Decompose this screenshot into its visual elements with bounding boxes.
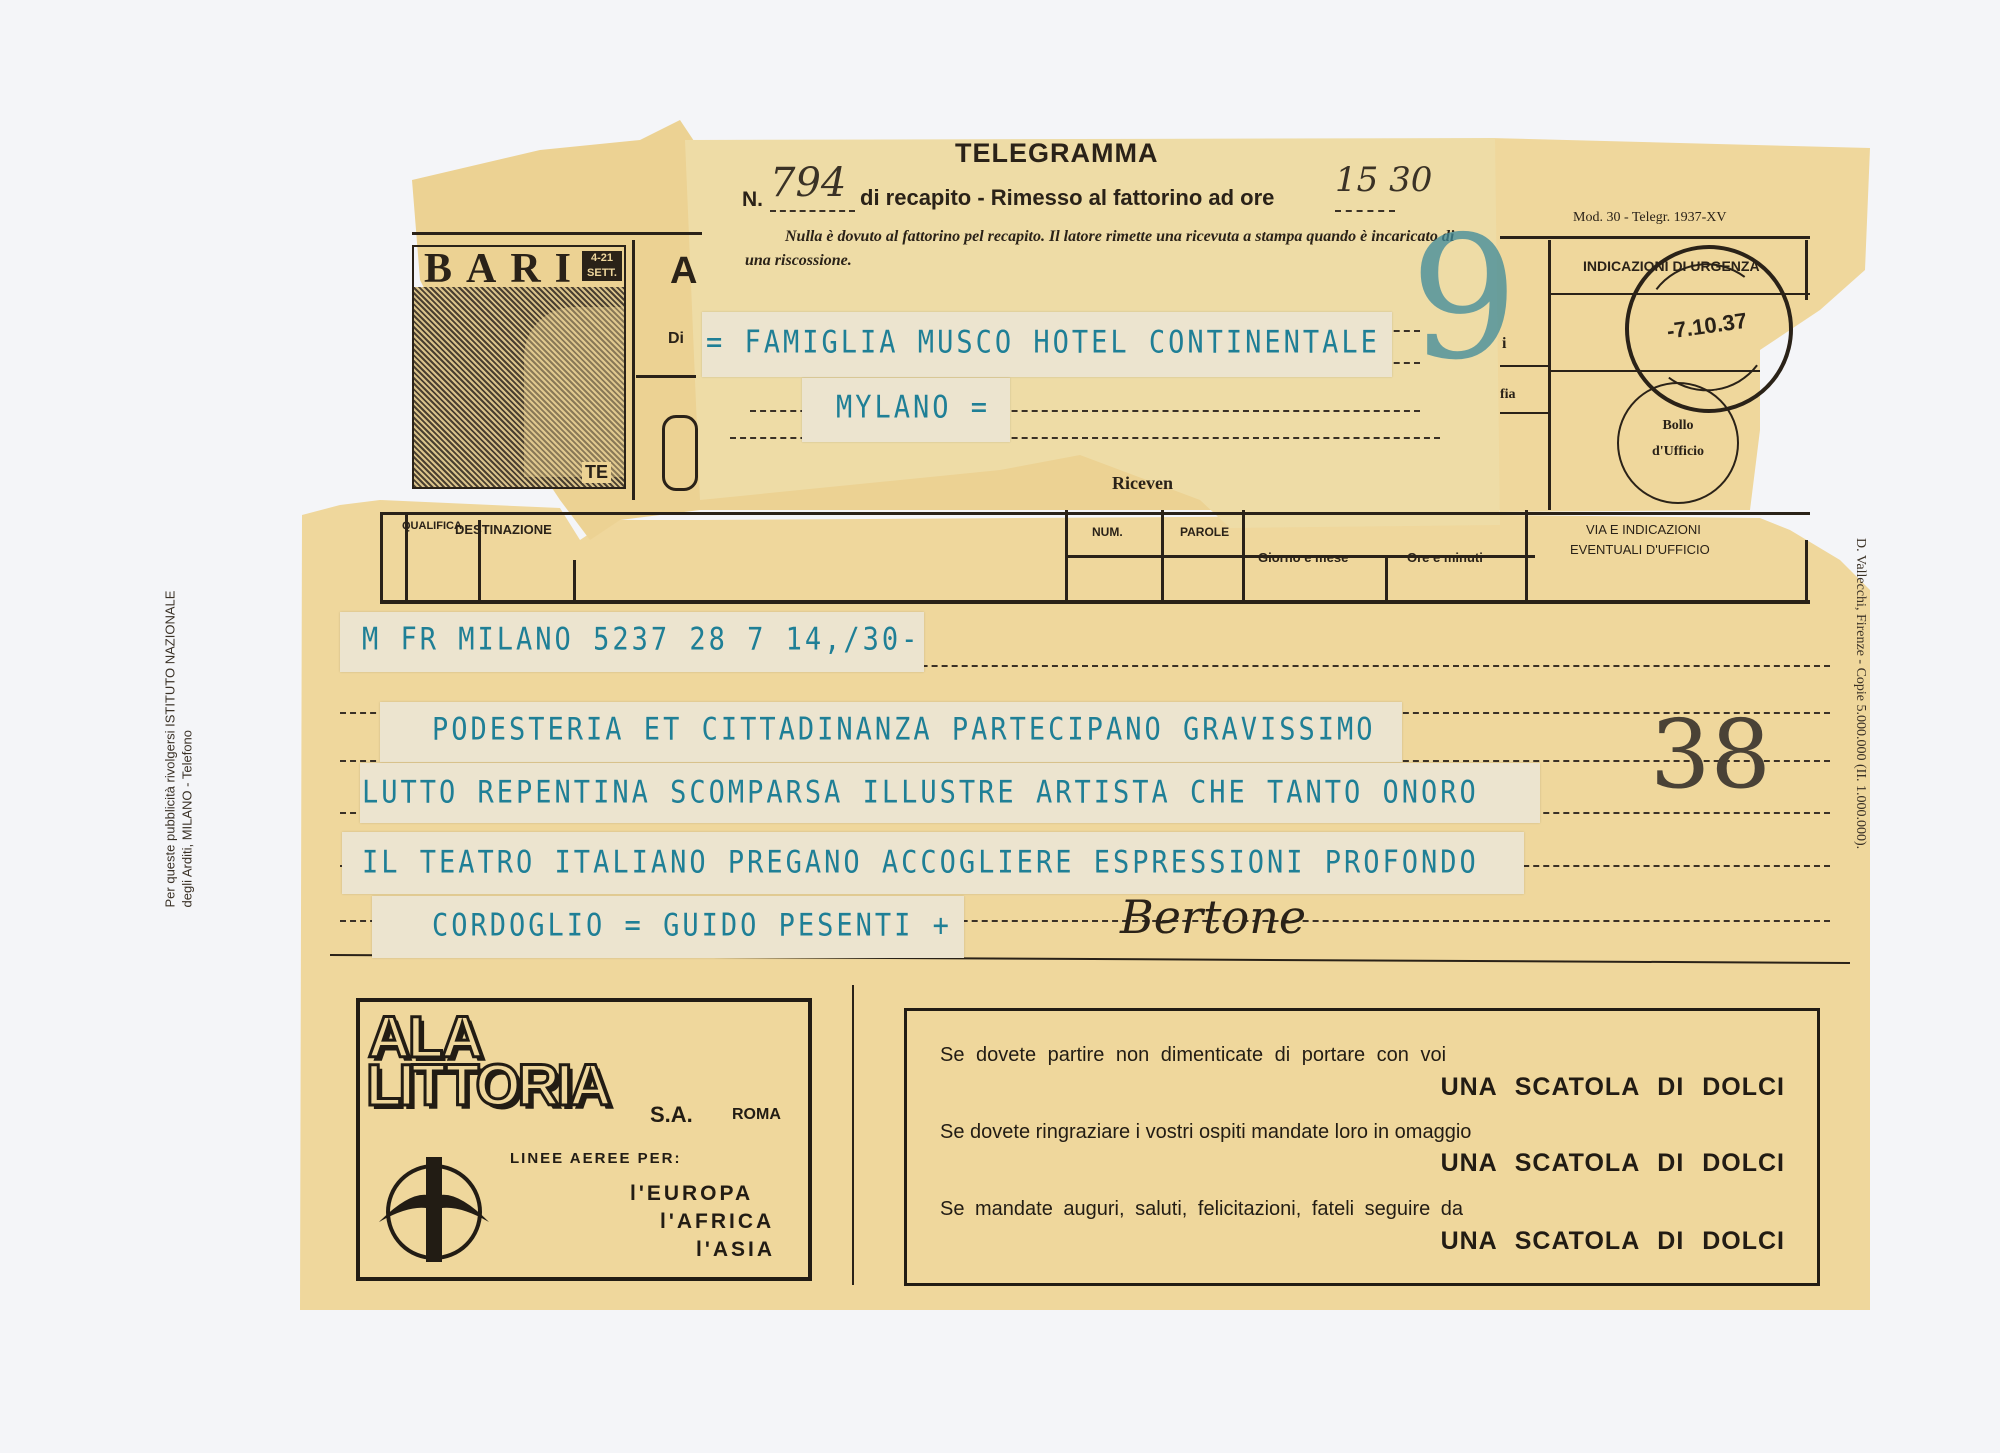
airline-brand-2: LITTORIA: [366, 1052, 608, 1119]
stamp-dates: 4-21 SETT.: [582, 251, 622, 281]
header-via-indicazioni-1: VIA E INDICAZIONI: [1586, 522, 1701, 537]
message-line-1: PODESTERIA ET CITTADINANZA PARTECIPANO G…: [432, 712, 1376, 748]
stamp-fragment: TE: [582, 462, 611, 483]
ricevente-label: Riceven: [1112, 473, 1173, 494]
message-line-4: CORDOGLIO = GUIDO PESENTI +: [432, 908, 952, 944]
document-title: TELEGRAMMA: [955, 138, 1158, 169]
office-seal-label-1: Bollo: [1619, 418, 1737, 434]
airline-ad: ALA LITTORIA S.A. ROMA LINEE AEREE PER: …: [356, 998, 812, 1281]
airline-dest-1: l'EUROPA: [630, 1182, 753, 1206]
airline-tagline: LINEE AEREE PER:: [510, 1150, 681, 1167]
right-margin-text: D. Vallecchi, Firenze - Copie 5.000.000 …: [1852, 538, 1868, 958]
signature: Bertone: [1120, 890, 1306, 944]
sweets-line-2: Se dovete ringraziare i vostri ospiti ma…: [940, 1121, 1471, 1144]
delivery-notice: Nulla è dovuto al fattorino pel recapito…: [745, 225, 1455, 273]
office-seal-circle: Bollo d'Ufficio: [1617, 382, 1739, 504]
sweets-ad: Se dovete partire non dimenticate di por…: [904, 1008, 1820, 1286]
delivery-text: di recapito - Rimesso al fattorino ad or…: [860, 185, 1274, 211]
form-model: Mod. 30 - Telegr. 1937-XV: [1573, 210, 1727, 226]
sweets-tagline-1: UNA SCATOLA DI DOLCI: [1441, 1073, 1785, 1102]
recipient-line-1: = FAMIGLIA MUSCO HOTEL CONTINENTALE: [706, 325, 1380, 361]
header-ore-minuti: Ore e minuti: [1407, 550, 1483, 565]
left-margin-text-1: Per queste pubblicità rivolgersi ISTITUT…: [163, 488, 178, 908]
delivery-time: 15 30: [1335, 160, 1432, 200]
handwritten-count: 38: [1650, 700, 1771, 810]
delivery-number: 794: [770, 160, 846, 206]
blue-pencil-mark: 9: [1410, 200, 1518, 398]
sweets-line-1: Se dovete partire non dimenticate di por…: [940, 1044, 1446, 1067]
partial-letter-a: A: [670, 250, 697, 293]
partial-label-i: i: [1502, 335, 1506, 353]
airline-city: ROMA: [732, 1106, 781, 1124]
recipient-line-2: MYLANO =: [836, 390, 990, 426]
airline-dest-3: l'ASIA: [696, 1238, 775, 1262]
transmission-line: M FR MILANO 5237 28 7 14,/30-: [362, 622, 920, 658]
header-destinazione: DESTINAZIONE: [455, 522, 552, 537]
airline-company: S.A.: [650, 1102, 693, 1128]
message-line-2: LUTTO REPENTINA SCOMPARSA ILLUSTRE ARTIS…: [362, 775, 1479, 811]
header-via-indicazioni-2: EVENTUALI D'UFFICIO: [1570, 542, 1710, 557]
winged-fasces-logo-icon: [374, 1152, 494, 1267]
message-line-3: IL TEATRO ITALIANO PREGANO ACCOGLIERE ES…: [362, 845, 1479, 881]
airline-dest-2: l'AFRICA: [660, 1210, 774, 1234]
header-qualifica: QUALIFICA: [402, 520, 462, 532]
partial-label-fia: fia: [1500, 387, 1516, 403]
header-giorno-mese: Giorno e mese: [1258, 550, 1348, 565]
sweets-tagline-3: UNA SCATOLA DI DOLCI: [1441, 1227, 1785, 1256]
stamp-city: BARI: [424, 245, 585, 293]
header-parole: PAROLE: [1180, 525, 1229, 539]
delivery-prefix: N.: [742, 188, 763, 212]
office-seal-label-2: d'Ufficio: [1619, 444, 1737, 460]
header-num: NUM.: [1092, 525, 1123, 539]
left-margin-text-2: degli Arditi, MILANO - Telefono: [180, 488, 195, 908]
sweets-tagline-2: UNA SCATOLA DI DOLCI: [1441, 1149, 1785, 1178]
partial-label-dir: Di: [668, 330, 684, 348]
sweets-line-3: Se mandate auguri, saluti, felicitazioni…: [940, 1198, 1463, 1221]
bari-stamp: BARI 4-21 SETT. TE: [412, 245, 626, 489]
emblem-icon: [662, 415, 698, 491]
